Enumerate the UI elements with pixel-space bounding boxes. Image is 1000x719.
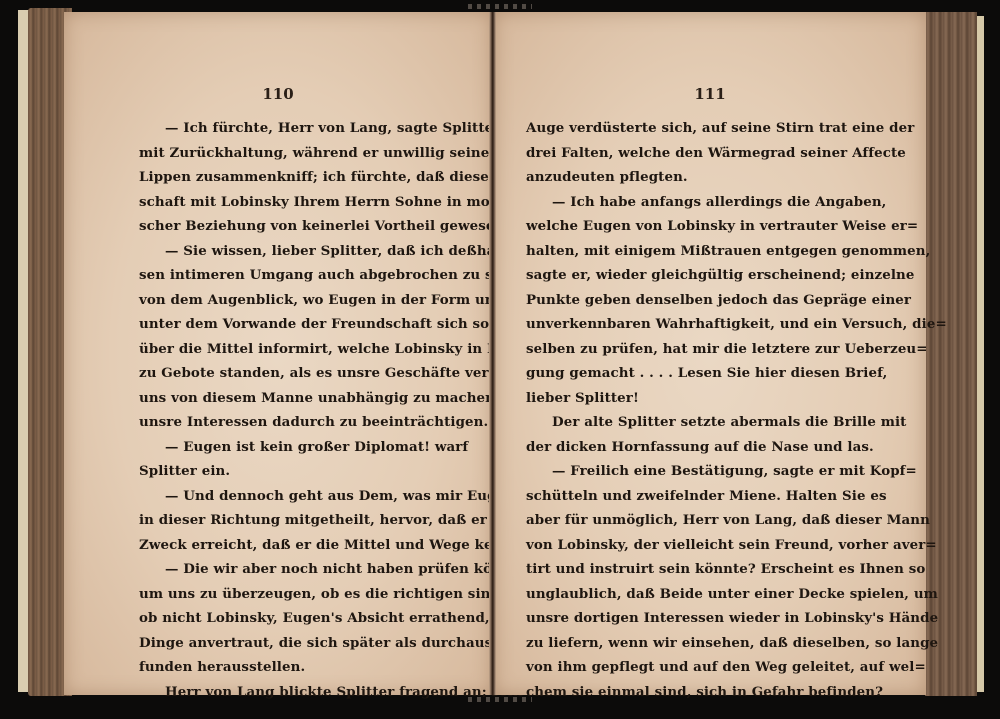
text-line: — Und dennoch geht aus Dem, was mir Euge… <box>139 484 465 509</box>
binding-stitch-bottom <box>468 697 532 702</box>
text-line: unsre dortigen Interessen wieder in Lobi… <box>526 606 856 631</box>
text-line: — Ich habe anfangs allerdings die Angabe… <box>526 190 856 215</box>
text-line: mit Zurückhaltung, während er unwillig s… <box>139 141 465 166</box>
text-line: schaft mit Lobinsky Ihrem Herrn Sohne in… <box>139 190 465 215</box>
text-line: scher Beziehung von keinerlei Vortheil g… <box>139 214 465 239</box>
text-line: chem sie einmal sind, sich in Gefahr bef… <box>526 680 856 705</box>
text-line: zu liefern, wenn wir einsehen, daß diese… <box>526 631 856 656</box>
text-line: von ihm gepflegt und auf den Weg geleite… <box>526 655 856 680</box>
text-line: — Freilich eine Bestätigung, sagte er mi… <box>526 459 856 484</box>
text-line: über die Mittel informirt, welche Lobins… <box>139 337 465 362</box>
text-line: sagte er, wieder gleichgültig erscheinen… <box>526 263 856 288</box>
text-line: der dicken Hornfassung auf die Nase und … <box>526 435 856 460</box>
text-line: halten, mit einigem Mißtrauen entgegen g… <box>526 239 856 264</box>
text-line: Punkte geben denselben jedoch das Gepräg… <box>526 288 856 313</box>
text-line: uns von diesem Manne unabhängig zu mache… <box>139 386 465 411</box>
text-line: lieber Splitter! <box>526 386 856 411</box>
book-gutter <box>489 12 496 695</box>
text-line: Lippen zusammenkniff; ich fürchte, daß d… <box>139 165 465 190</box>
text-line: unglaublich, daß Beide unter einer Decke… <box>526 582 856 607</box>
text-line: tirt und instruirt sein könnte? Erschein… <box>526 557 856 582</box>
text-line: Dinge anvertraut, die sich später als du… <box>139 631 465 656</box>
text-line: Auge verdüsterte sich, auf seine Stirn t… <box>526 116 856 141</box>
text-line: — Ich fürchte, Herr von Lang, sagte Spli… <box>139 116 465 141</box>
binding-stitch-top <box>468 4 532 9</box>
text-line: sen intimeren Umgang auch abgebrochen zu… <box>139 263 465 288</box>
text-line: schütteln und zweifelnder Miene. Halten … <box>526 484 856 509</box>
text-line: aber für unmöglich, Herr von Lang, daß d… <box>526 508 856 533</box>
page-number: 110 <box>64 85 492 103</box>
text-line: um uns zu überzeugen, ob es die richtige… <box>139 582 465 607</box>
text-line: welche Eugen von Lobinsky in vertrauter … <box>526 214 856 239</box>
text-line: gung gemacht . . . . Lesen Sie hier dies… <box>526 361 856 386</box>
text-line: von Lobinsky, der vielleicht sein Freund… <box>526 533 856 558</box>
text-line: anzudeuten pflegten. <box>526 165 856 190</box>
page-text: — Ich fürchte, Herr von Lang, sagte Spli… <box>139 116 465 704</box>
text-line: Zweck erreicht, daß er die Mittel und We… <box>139 533 465 558</box>
text-line: funden herausstellen. <box>139 655 465 680</box>
text-line: drei Falten, welche den Wärmegrad seiner… <box>526 141 856 166</box>
page-text: Auge verdüsterte sich, auf seine Stirn t… <box>526 116 856 704</box>
text-line: — Eugen ist kein großer Diplomat! warf <box>139 435 465 460</box>
text-line: Herr von Lang blickte Splitter fragend a… <box>139 680 465 705</box>
text-line: von dem Augenblick, wo Eugen in der Form… <box>139 288 465 313</box>
text-line: — Sie wissen, lieber Splitter, daß ich d… <box>139 239 465 264</box>
text-line: unsre Interessen dadurch zu beeinträchti… <box>139 410 465 435</box>
text-line: selben zu prüfen, hat mir die letztere z… <box>526 337 856 362</box>
text-line: ob nicht Lobinsky, Eugen's Absicht errat… <box>139 606 465 631</box>
text-line: unter dem Vorwande der Freundschaft sich… <box>139 312 465 337</box>
right-page: 111 Auge verdüsterte sich, auf seine Sti… <box>494 12 926 695</box>
left-page: 110 — Ich fürchte, Herr von Lang, sagte … <box>64 12 492 695</box>
page-number: 111 <box>494 85 926 103</box>
text-line: Der alte Splitter setzte abermals die Br… <box>526 410 856 435</box>
text-line: zu Gebote standen, als es unsre Geschäft… <box>139 361 465 386</box>
text-line: Splitter ein. <box>139 459 465 484</box>
text-line: in dieser Richtung mitgetheilt, hervor, … <box>139 508 465 533</box>
text-line: unverkennbaren Wahrhaftigkeit, und ein V… <box>526 312 856 337</box>
text-line: — Die wir aber noch nicht haben prüfen k… <box>139 557 465 582</box>
